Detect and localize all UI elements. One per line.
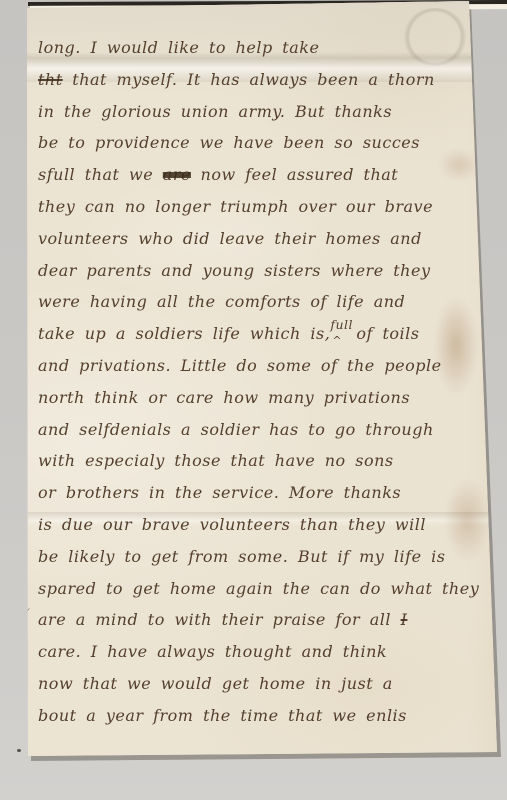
letter-line: and privations. Little do some of the pe… [38,350,472,382]
letter-line: or brothers in the service. More thanks [38,477,472,509]
letter-line: long. I would like to help take [38,32,472,64]
letter-text: dear parents and young sisters where the… [38,261,431,280]
letter-text: be likely to get from some. But if my li… [38,547,445,566]
margin-paren-mark [20,608,39,673]
letter-line: take up a soldiers life which is,full^of… [38,318,472,350]
letter-line: with especialy those that have no sons [38,445,472,477]
letter-text: be to providence we have been so succes [38,133,420,152]
letter-text: sfull that we [38,165,163,184]
letter-line: care. I have always thought and think [38,636,472,668]
letter-line: is due our brave volunteers than they wi… [38,509,472,541]
letter-text: they can no longer triumph over our brav… [38,197,433,216]
letter-text: care. I have always thought and think [38,642,387,661]
letter-line: volunteers who did leave their homes and [38,223,472,255]
caret-mark: ^ [332,335,342,346]
struck-out-text: tht [38,70,63,89]
letter-text: now feel assured that [191,165,398,184]
letter-line: be likely to get from some. But if my li… [38,541,472,573]
letter-text: spared to get home again the can do what… [38,579,479,598]
letter-line: they can no longer triumph over our brav… [38,191,472,223]
inserted-word-text: full [330,319,353,331]
letter-text: north think or care how many privations [38,388,410,407]
letter-text: take up a soldiers life which is, [38,324,330,343]
letter-text: is due our brave volunteers than they wi… [38,515,426,534]
inserted-word-above-line: full^ [330,323,356,339]
letter-text: long. I would like to help take [38,38,319,57]
letter-line: in the glorious union army. But thanks [38,96,472,128]
letter-line: were having all the comforts of life and [38,286,472,318]
letter-line: spared to get home again the can do what… [38,573,472,605]
letter-text: or brothers in the service. More thanks [38,483,401,502]
letter-text: are a mind to with their praise for all [38,610,401,629]
letter-line: sfull that we are now feel assured that [38,159,472,191]
letter-line: be to providence we have been so succes [38,127,472,159]
letter-text: were having all the comforts of life and [38,292,405,311]
letter-text: and selfdenials a soldier has to go thro… [38,420,434,439]
letter-line: dear parents and young sisters where the… [38,255,472,287]
letter-text: of toils [356,324,419,343]
letter-text: that myself. It has always been a thorn [63,70,435,89]
letter-line: north think or care how many privations [38,382,472,414]
letter-text: in the glorious union army. But thanks [38,102,392,121]
letter-line: bout a year from the time that we enlis [38,700,472,732]
scribbled-out-text: are [163,165,191,184]
letter-paper: long. I would like to help taketht that … [0,0,507,800]
letter-text: now that we would get home in just a [38,674,393,693]
letter-line: are a mind to with their praise for all … [38,604,472,636]
dust-speck [17,749,21,752]
letter-text: with especialy those that have no sons [38,451,394,470]
letter-text: volunteers who did leave their homes and [38,229,422,248]
letter-text: bout a year from the time that we enlis [38,706,407,725]
letter-text: and privations. Little do some of the pe… [38,356,442,375]
letter-line: tht that myself. It has always been a th… [38,64,472,96]
letter-line: and selfdenials a soldier has to go thro… [38,414,472,446]
letter-lines: long. I would like to help taketht that … [38,32,472,732]
letter-line: now that we would get home in just a [38,668,472,700]
struck-out-text: I [401,610,408,629]
